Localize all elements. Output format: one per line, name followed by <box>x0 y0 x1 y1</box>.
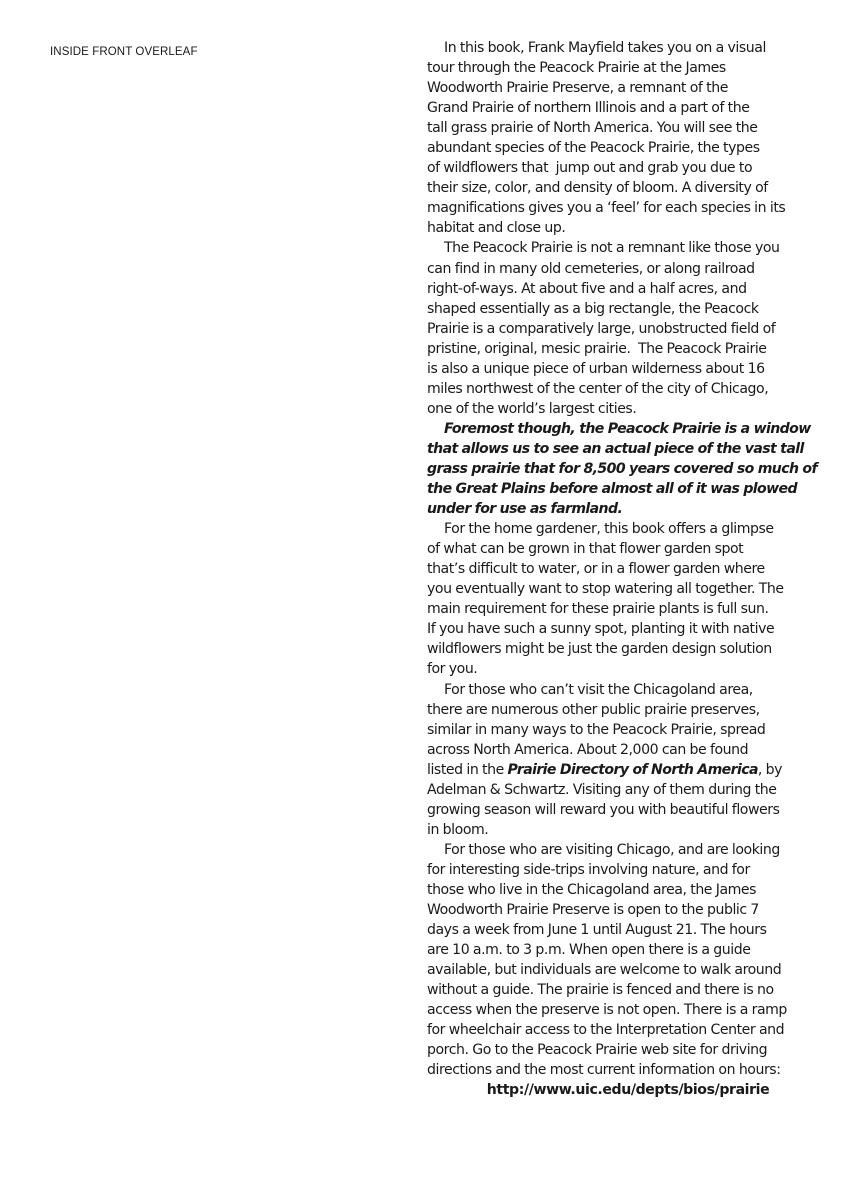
text-fragment: listed in the <box>427 762 508 778</box>
text-line: their size, color, and density of bloom.… <box>427 178 817 198</box>
text-line: abundant species of the Peacock Prairie,… <box>427 138 817 158</box>
text-line: growing season will reward you with beau… <box>427 800 817 820</box>
text-line: right-of-ways. At about five and a half … <box>427 279 817 299</box>
text-line: For those who can’t visit the Chicagolan… <box>427 680 817 700</box>
text-line: If you have such a sunny spot, planting … <box>427 619 817 639</box>
text-line: you eventually want to stop watering all… <box>427 579 817 599</box>
text-line: Woodworth Prairie Preserve, a remnant of… <box>427 78 817 98</box>
text-line: available, but individuals are welcome t… <box>427 960 817 980</box>
text-line: that’s difficult to water, or in a flowe… <box>427 559 817 579</box>
text-line: grass prairie that for 8,500 years cover… <box>427 459 817 479</box>
text-line: directions and the most current informat… <box>427 1060 817 1080</box>
text-line: across North America. About 2,000 can be… <box>427 740 817 760</box>
text-line: can find in many old cemeteries, or alon… <box>427 259 817 279</box>
page-label: INSIDE FRONT OVERLEAF <box>50 46 198 58</box>
body-text-column: In this book, Frank Mayfield takes you o… <box>427 38 817 1100</box>
text-line: tour through the Peacock Prairie at the … <box>427 58 817 78</box>
paragraph-emphasis: Foremost though, the Peacock Prairie is … <box>427 419 817 519</box>
text-line: are 10 a.m. to 3 p.m. When open there is… <box>427 940 817 960</box>
text-line: magnifications gives you a ‘feel’ for ea… <box>427 198 817 218</box>
text-line: access when the preserve is not open. Th… <box>427 1000 817 1020</box>
text-fragment: , by <box>758 762 782 778</box>
text-line: For those who are visiting Chicago, and … <box>427 840 817 860</box>
text-line: similar in many ways to the Peacock Prai… <box>427 720 817 740</box>
prairie-website-url[interactable]: http://www.uic.edu/depts/bios/prairie <box>427 1080 817 1100</box>
text-line: wildflowers might be just the garden des… <box>427 639 817 659</box>
text-line: pristine, original, mesic prairie. The P… <box>427 339 817 359</box>
text-line: one of the world’s largest cities. <box>427 399 817 419</box>
text-line: Adelman & Schwartz. Visiting any of them… <box>427 780 817 800</box>
text-line: is also a unique piece of urban wilderne… <box>427 359 817 379</box>
text-line: habitat and close up. <box>427 218 817 238</box>
text-line: Prairie is a comparatively large, unobst… <box>427 319 817 339</box>
text-line: For the home gardener, this book offers … <box>427 519 817 539</box>
paragraph-remnant: The Peacock Prairie is not a remnant lik… <box>427 238 817 418</box>
text-line: for wheelchair access to the Interpretat… <box>427 1020 817 1040</box>
book-title: Prairie Directory of North America <box>508 762 758 778</box>
text-line: miles northwest of the center of the cit… <box>427 379 817 399</box>
text-line: under for use as farmland. <box>427 499 817 519</box>
text-line: of what can be grown in that flower gard… <box>427 539 817 559</box>
paragraph-home-gardener: For the home gardener, this book offers … <box>427 519 817 679</box>
text-line: those who live in the Chicagoland area, … <box>427 880 817 900</box>
paragraph-other-preserves: For those who can’t visit the Chicagolan… <box>427 680 817 840</box>
text-line: In this book, Frank Mayfield takes you o… <box>427 38 817 58</box>
text-line: The Peacock Prairie is not a remnant lik… <box>427 238 817 258</box>
text-line: there are numerous other public prairie … <box>427 700 817 720</box>
paragraph-visiting: For those who are visiting Chicago, and … <box>427 840 817 1081</box>
text-line: Grand Prairie of northern Illinois and a… <box>427 98 817 118</box>
text-line: for you. <box>427 659 817 679</box>
text-line: of wildflowers that jump out and grab yo… <box>427 158 817 178</box>
text-line: without a guide. The prairie is fenced a… <box>427 980 817 1000</box>
text-line: days a week from June 1 until August 21.… <box>427 920 817 940</box>
text-line: shaped essentially as a big rectangle, t… <box>427 299 817 319</box>
text-line: porch. Go to the Peacock Prairie web sit… <box>427 1040 817 1060</box>
text-line: Woodworth Prairie Preserve is open to th… <box>427 900 817 920</box>
text-line: the Great Plains before almost all of it… <box>427 479 817 499</box>
text-line: Foremost though, the Peacock Prairie is … <box>427 419 817 439</box>
text-line: that allows us to see an actual piece of… <box>427 439 817 459</box>
text-line: for interesting side-trips involving nat… <box>427 860 817 880</box>
text-line: main requirement for these prairie plant… <box>427 599 817 619</box>
text-line-with-title: listed in the Prairie Directory of North… <box>427 760 817 780</box>
paragraph-intro: In this book, Frank Mayfield takes you o… <box>427 38 817 238</box>
text-line: in bloom. <box>427 820 817 840</box>
text-line: tall grass prairie of North America. You… <box>427 118 817 138</box>
